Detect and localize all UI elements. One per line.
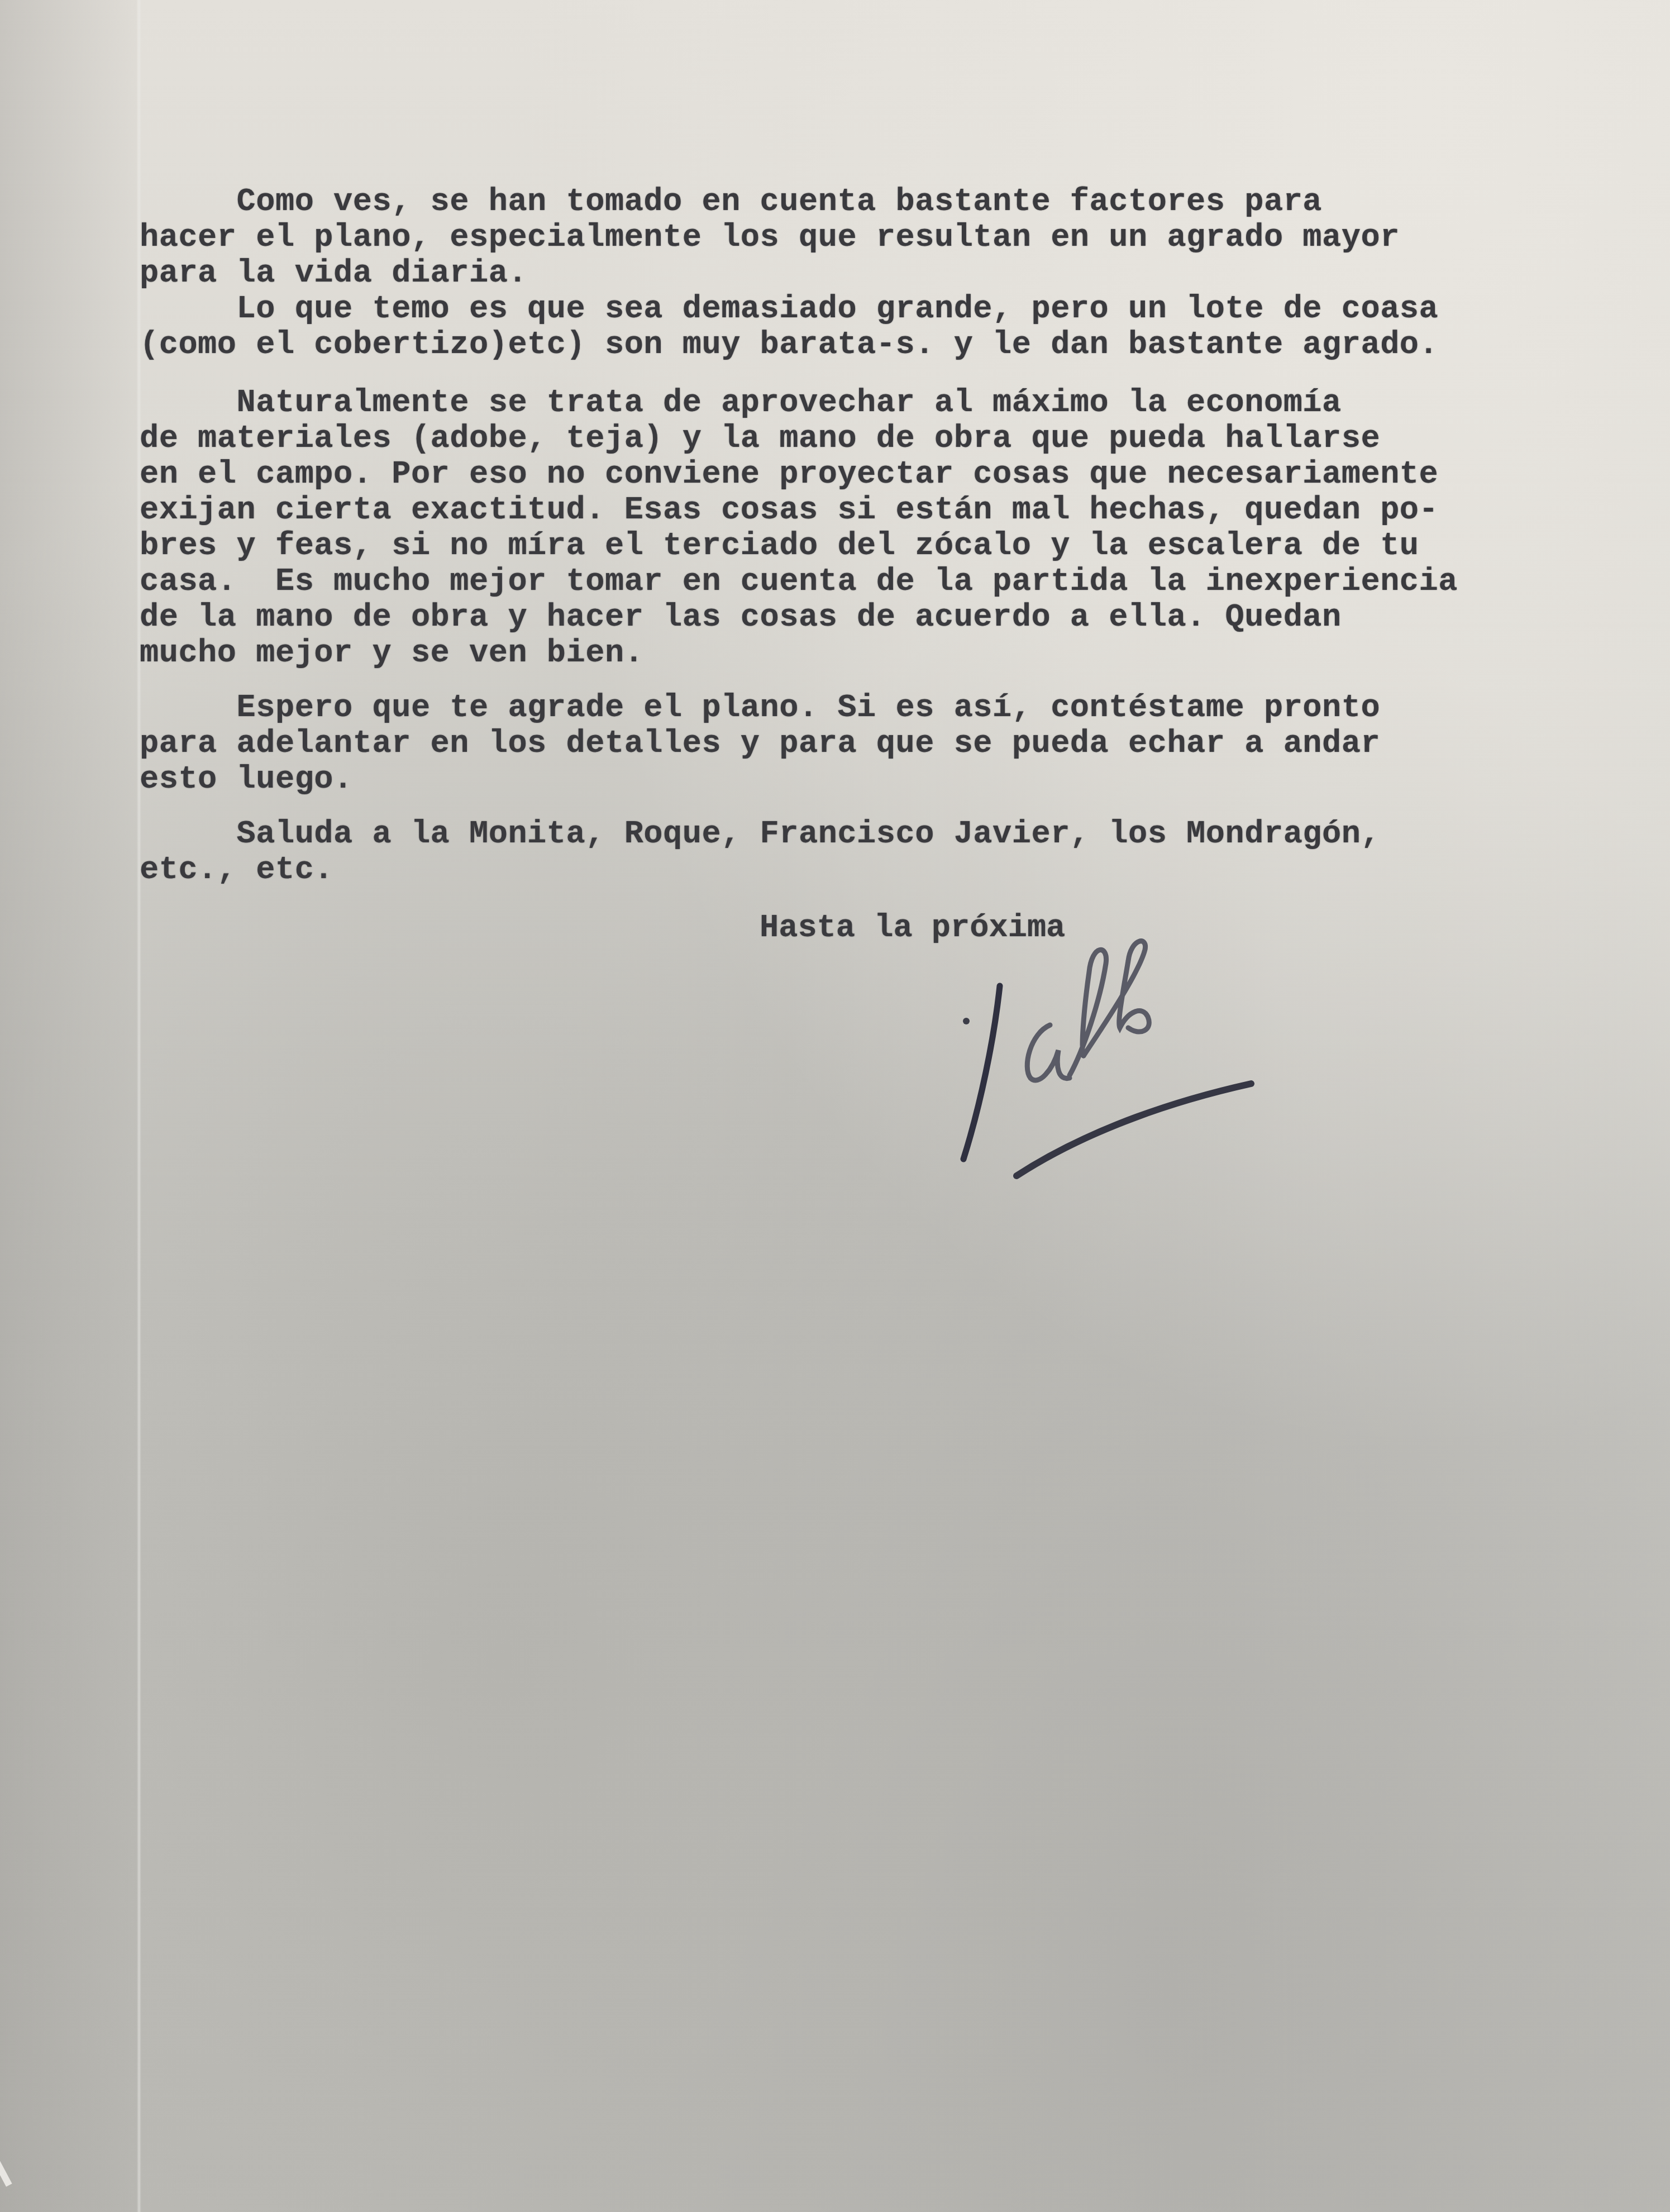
text-line: Lo que temo es que sea demasiado grande,…	[140, 292, 1648, 327]
paragraph-5: Saluda a la Monita, Roque, Francisco Jav…	[140, 817, 1648, 888]
paragraph-4: Espero que te agrade el plano. Si es así…	[140, 690, 1648, 798]
text-line: en el campo. Por eso no conviene proyect…	[140, 457, 1648, 493]
text-line: Saluda a la Monita, Roque, Francisco Jav…	[140, 817, 1648, 852]
text-line: exijan cierta exactitud. Esas cosas si e…	[140, 493, 1648, 528]
text-line: Espero que te agrade el plano. Si es así…	[140, 690, 1648, 726]
paragraph-2: Lo que temo es que sea demasiado grande,…	[140, 292, 1648, 363]
text-line: Como ves, se han tomado en cuenta bastan…	[140, 184, 1648, 220]
text-line: mucho mejor y se ven bien.	[140, 636, 1648, 671]
handwritten-signature: Pablo	[838, 938, 1396, 1190]
text-line: bres y feas, si no míra el terciado del …	[140, 528, 1648, 564]
text-line: de materiales (adobe, teja) y la mano de…	[140, 421, 1648, 457]
text-line: esto luego.	[140, 762, 1648, 798]
text-line: Naturalmente se trata de aprovechar al m…	[140, 385, 1648, 421]
text-line: para adelantar en los detalles y para qu…	[140, 726, 1648, 762]
text-line: hacer el plano, especialmente los que re…	[140, 220, 1648, 256]
text-line: para la vida diaria.	[140, 256, 1648, 292]
text-line: (como el cobertizo)etc) son muy barata-s…	[140, 327, 1648, 363]
letter-body: Como ves, se han tomado en cuenta bastan…	[140, 184, 1648, 888]
text-line: etc., etc.	[140, 852, 1648, 888]
paragraph-1: Como ves, se han tomado en cuenta bastan…	[140, 184, 1648, 292]
paragraph-3: Naturalmente se trata de aprovechar al m…	[140, 385, 1648, 671]
page-edge-shadow	[0, 0, 137, 2212]
text-line: de la mano de obra y hacer las cosas de …	[140, 600, 1648, 636]
text-line: casa. Es mucho mejor tomar en cuenta de …	[140, 564, 1648, 600]
